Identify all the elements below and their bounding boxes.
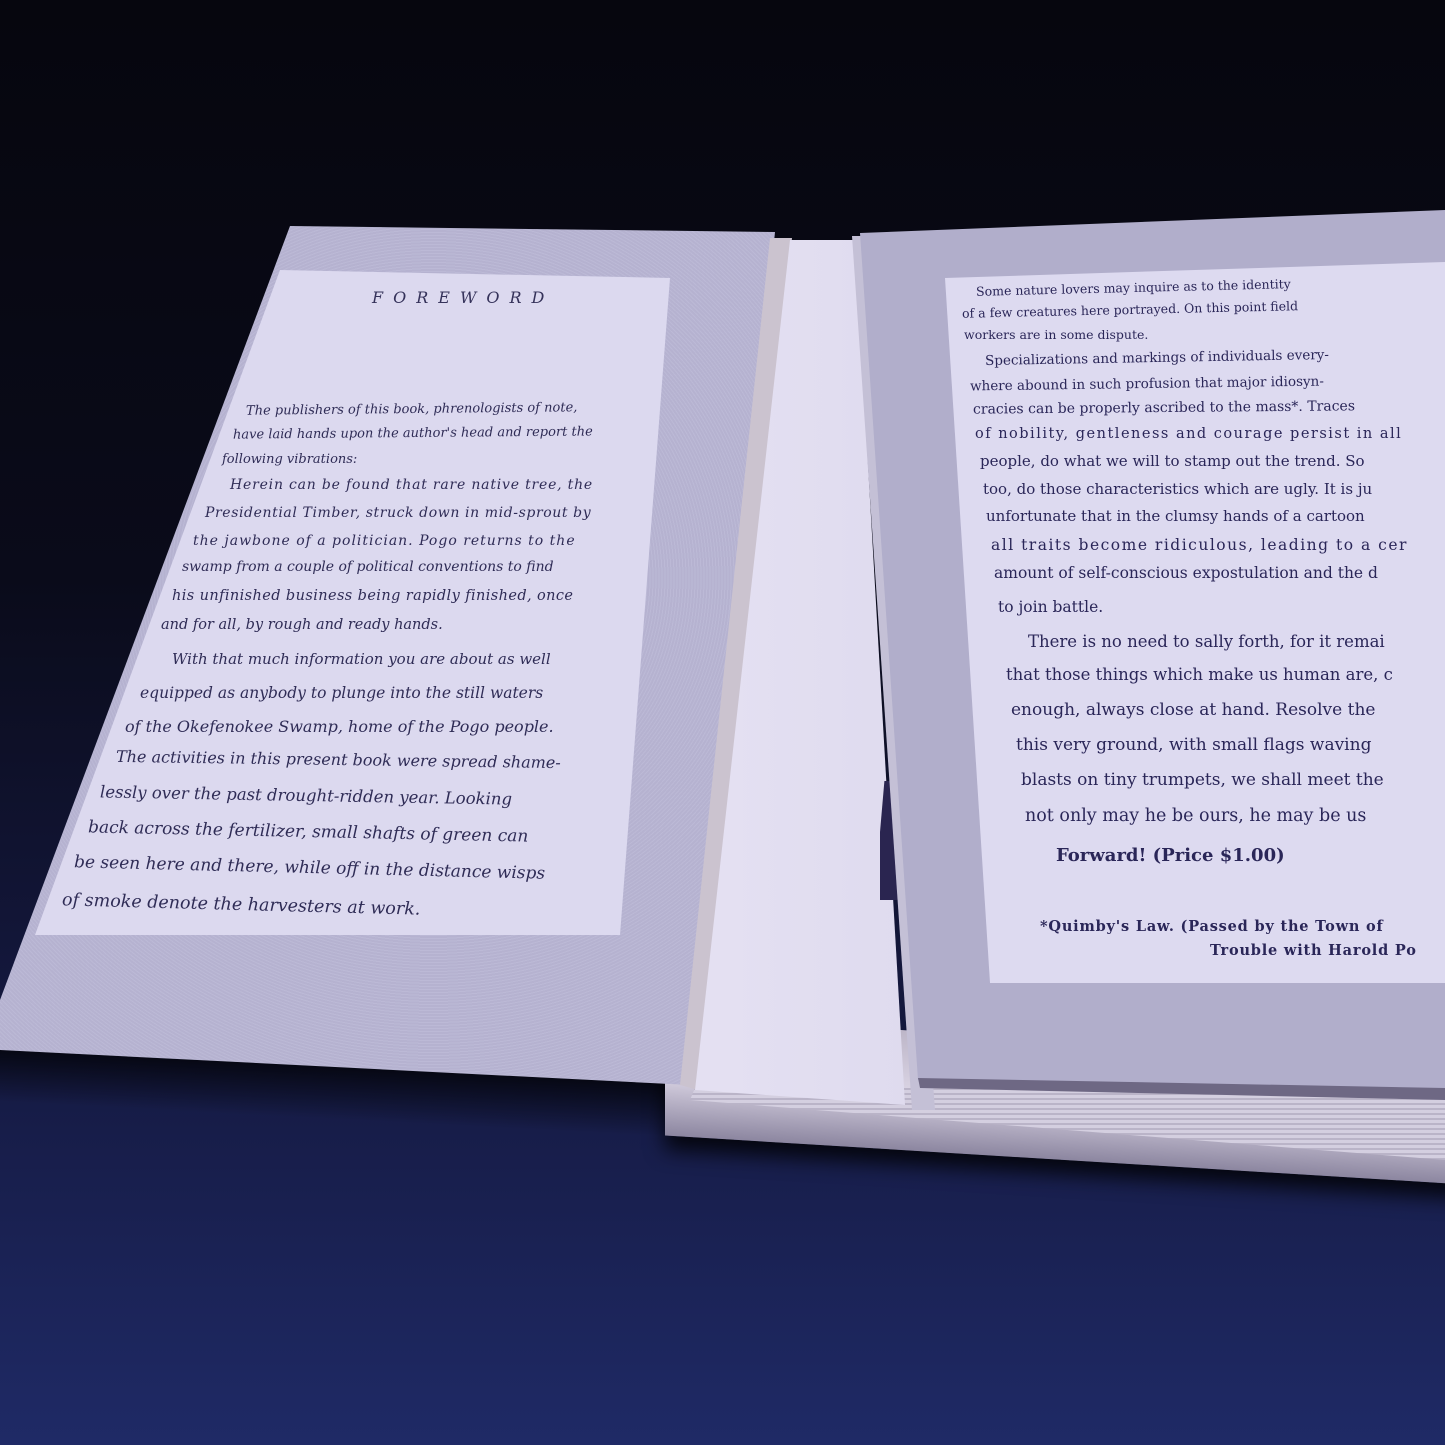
text-line: swamp from a couple of political convent… — [182, 559, 554, 575]
text-line: of nobility, gentleness and courage pers… — [975, 426, 1402, 442]
text-line: equipped as anybody to plunge into the s… — [140, 684, 543, 702]
text-line: too, do those characteristics which are … — [983, 480, 1372, 498]
text-line: cracies can be properly ascribed to the … — [973, 398, 1355, 417]
footnote-line: *Quimby's Law. (Passed by the Town of — [1040, 918, 1384, 935]
text-line: all traits become ridiculous, leading to… — [991, 536, 1408, 554]
text-line: his unfinished business being rapidly fi… — [172, 588, 573, 604]
text-line: the jawbone of a politician. Pogo return… — [193, 533, 576, 549]
foreword-heading: FOREWORD — [372, 290, 554, 306]
text-line: There is no need to sally forth, for it … — [1028, 632, 1385, 651]
text-line: amount of self-conscious expostulation a… — [994, 564, 1378, 582]
text-line: this very ground, with small flags wavin… — [1016, 735, 1371, 755]
text-line: have laid hands upon the author's head a… — [233, 424, 593, 442]
text-line: to join battle. — [998, 598, 1103, 616]
text-line: following vibrations: — [222, 452, 357, 467]
text-line: Presidential Timber, struck down in mid-… — [205, 505, 591, 521]
text-line: not only may he be ours, he may be us — [1025, 806, 1366, 826]
text-line: workers are in some dispute. — [964, 327, 1148, 342]
price-line: Forward! (Price $1.00) — [1056, 845, 1285, 866]
text-line: enough, always close at hand. Resolve th… — [1011, 700, 1375, 720]
text-line: and for all, by rough and ready hands. — [161, 617, 443, 633]
text-line: of the Okefenokee Swamp, home of the Pog… — [125, 717, 554, 736]
text-line: that those things which make us human ar… — [1006, 665, 1393, 684]
footnote-line: Trouble with Harold Po — [1210, 942, 1417, 959]
text-line: people, do what we will to stamp out the… — [980, 452, 1365, 470]
text-line: Herein can be found that rare native tre… — [230, 477, 593, 493]
text-line: With that much information you are about… — [172, 650, 551, 668]
text-line: unfortunate that in the clumsy hands of … — [986, 507, 1365, 525]
text-line: blasts on tiny trumpets, we shall meet t… — [1021, 770, 1384, 790]
